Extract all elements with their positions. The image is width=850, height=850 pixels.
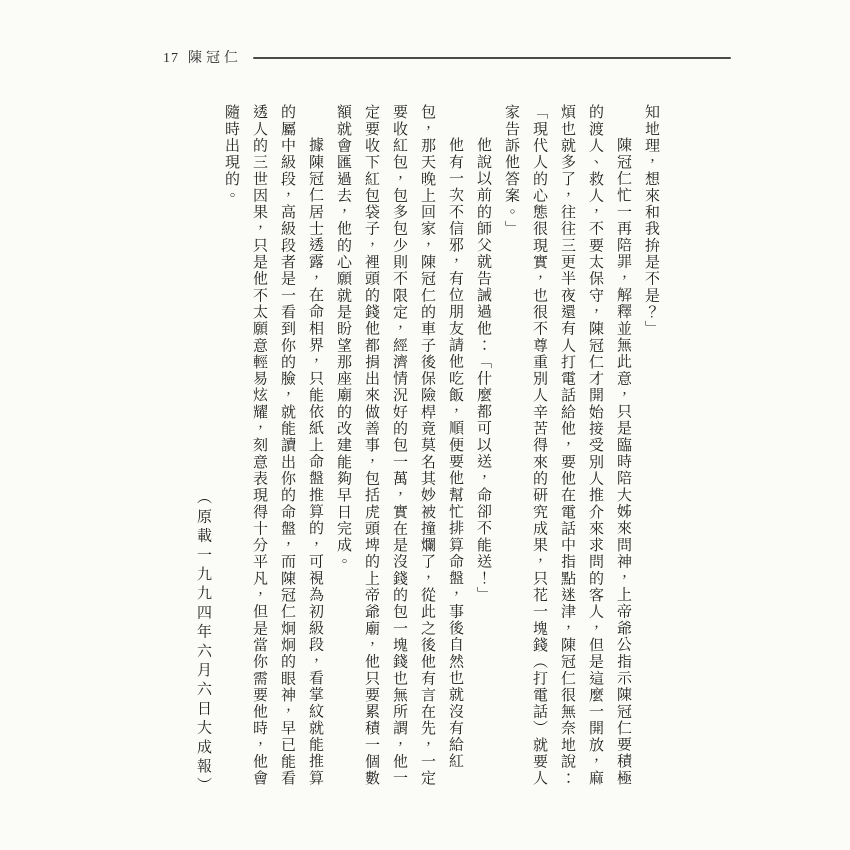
page-header: 17陳冠仁 [163,47,242,67]
body-paragraph: 據陳冠仁居士透露，在命相界，只能依紙上命盤推算的，可視為初級段，看掌紋就能推算的… [217,104,329,796]
running-title: 陳冠仁 [188,51,242,66]
colophon: （原載一九九四年六月六日大成報） [189,104,217,796]
body-paragraph: 知地理，想來和我拚是不是？」 [637,104,665,796]
page-number: 17 [163,51,179,66]
body-paragraph: 陳冠仁忙一再陪罪，解釋並無此意，只是臨時陪大姊來問神，上帝爺公指示陳冠仁要積極的… [497,104,637,796]
scanned-book-page: 17陳冠仁 知地理，想來和我拚是不是？」 陳冠仁忙一再陪罪，解釋並無此意，只是臨… [0,0,850,850]
body-paragraph: 他說以前的師父就告誡過他：「什麼都可以送，命卻不能送！」 [469,104,497,796]
header-rule [253,57,731,59]
article-body: 知地理，想來和我拚是不是？」 陳冠仁忙一再陪罪，解釋並無此意，只是臨時陪大姊來問… [187,104,665,796]
body-paragraph: 他有一次不信邪，有位朋友請他吃飯，順便要他幫忙排算命盤，事後自然也就沒有給紅包，… [329,104,469,796]
